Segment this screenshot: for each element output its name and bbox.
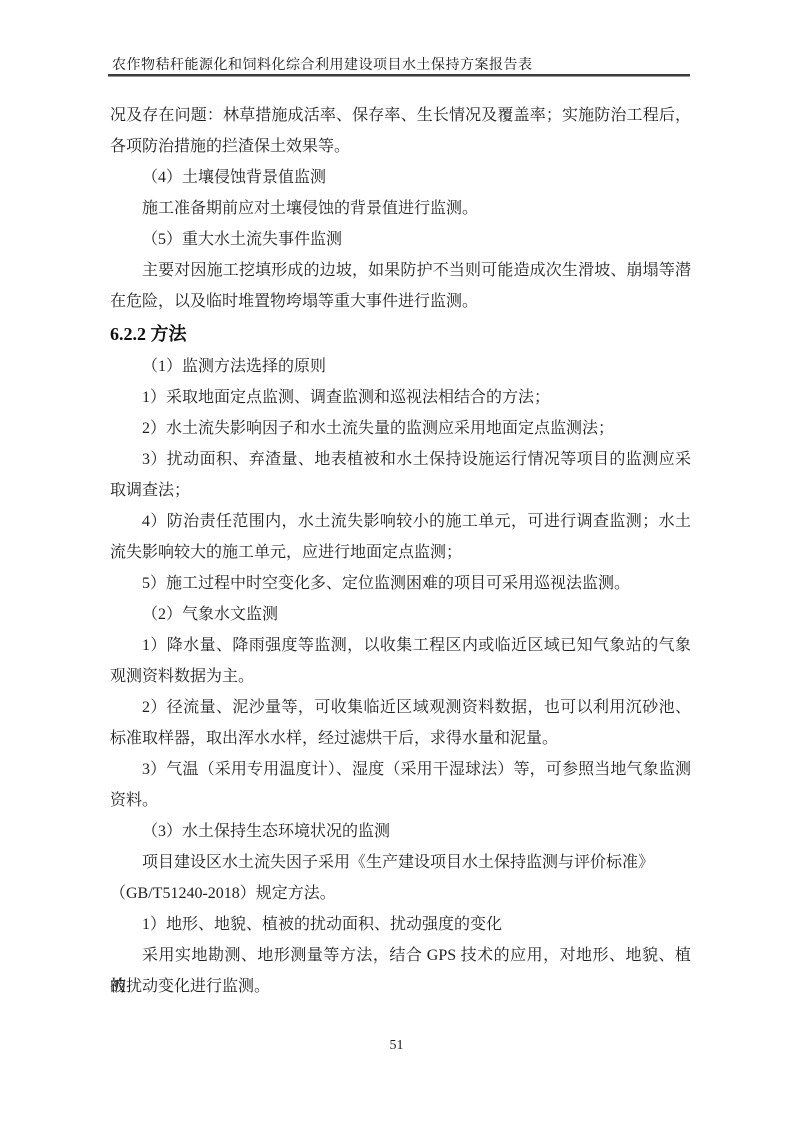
header-rule [108, 74, 690, 76]
text-line: 施工准备期前应对土壤侵蚀的背景值进行监测。 [110, 193, 691, 224]
document-page: 农作物秸秆能源化和饲料化综合利用建设项目水土保持方案报告表 况及存在问题：林草措… [0, 0, 793, 1122]
text-line: 1）采取地面定点监测、调查监测和巡视法相结合的方法； [110, 382, 691, 413]
text-line: （3）水土保持生态环境状况的监测 [110, 816, 691, 847]
text-line: 的扰动变化进行监测。 [110, 971, 691, 1002]
text-line: 1）地形、地貌、植被的扰动面积、扰动强度的变化 [110, 909, 691, 940]
text-line: 2）水土流失影响因子和水土流失量的监测应采用地面定点监测法； [110, 413, 691, 444]
text-line: 资料。 [110, 785, 691, 816]
text-line: （GB/T51240-2018）规定方法。 [110, 878, 691, 909]
text-line: 主要对因施工挖填形成的边坡，如果防护不当则可能造成次生滑坡、崩塌等潜 [110, 255, 691, 286]
text-line: 流失影响较大的施工单元，应进行地面定点监测； [110, 537, 691, 568]
text-line: 在危险，以及临时堆置物垮塌等重大事件进行监测。 [110, 286, 691, 317]
text-line: （1）监测方法选择的原则 [110, 351, 691, 382]
document-header-title: 农作物秸秆能源化和饲料化综合利用建设项目水土保持方案报告表 [112, 54, 692, 74]
text-line: 5）施工过程中时空变化多、定位监测困难的项目可采用巡视法监测。 [110, 568, 691, 599]
text-line: 2）径流量、泥沙量等，可收集临近区域观测资料数据，也可以利用沉砂池、 [110, 692, 691, 723]
text-line: 3）扰动面积、弃渣量、地表植被和水土保持设施运行情况等项目的监测应采 [110, 444, 691, 475]
text-line: 标准取样器，取出浑水水样，经过滤烘干后，求得水量和泥量。 [110, 723, 691, 754]
text-line: 况及存在问题：林草措施成活率、保存率、生长情况及覆盖率；实施防治工程后， [110, 100, 691, 131]
text-line: 采用实地勘测、地形测量等方法，结合 GPS 技术的应用，对地形、地貌、植被 [110, 940, 691, 971]
text-line: 项目建设区水土流失因子采用《生产建设项目水土保持监测与评价标准》 [110, 847, 691, 878]
text-line: 各项防治措施的拦渣保土效果等。 [110, 131, 691, 162]
text-line: 1）降水量、降雨强度等监测，以收集工程区内或临近区域已知气象站的气象 [110, 630, 691, 661]
section-heading-6-2-2: 6.2.2 方法 [110, 317, 691, 351]
text-line: （4）土壤侵蚀背景值监测 [110, 162, 691, 193]
document-body: 况及存在问题：林草措施成活率、保存率、生长情况及覆盖率；实施防治工程后， 各项防… [110, 100, 691, 1002]
text-line: 取调查法； [110, 475, 691, 506]
text-line: 观测资料数据为主。 [110, 661, 691, 692]
text-line: 3）气温（采用专用温度计）、湿度（采用干湿球法）等，可参照当地气象监测 [110, 754, 691, 785]
page-number: 51 [0, 1038, 793, 1054]
text-line: 4）防治责任范围内，水土流失影响较小的施工单元，可进行调查监测；水土 [110, 506, 691, 537]
text-line: （2）气象水文监测 [110, 599, 691, 630]
text-line: （5）重大水土流失事件监测 [110, 224, 691, 255]
